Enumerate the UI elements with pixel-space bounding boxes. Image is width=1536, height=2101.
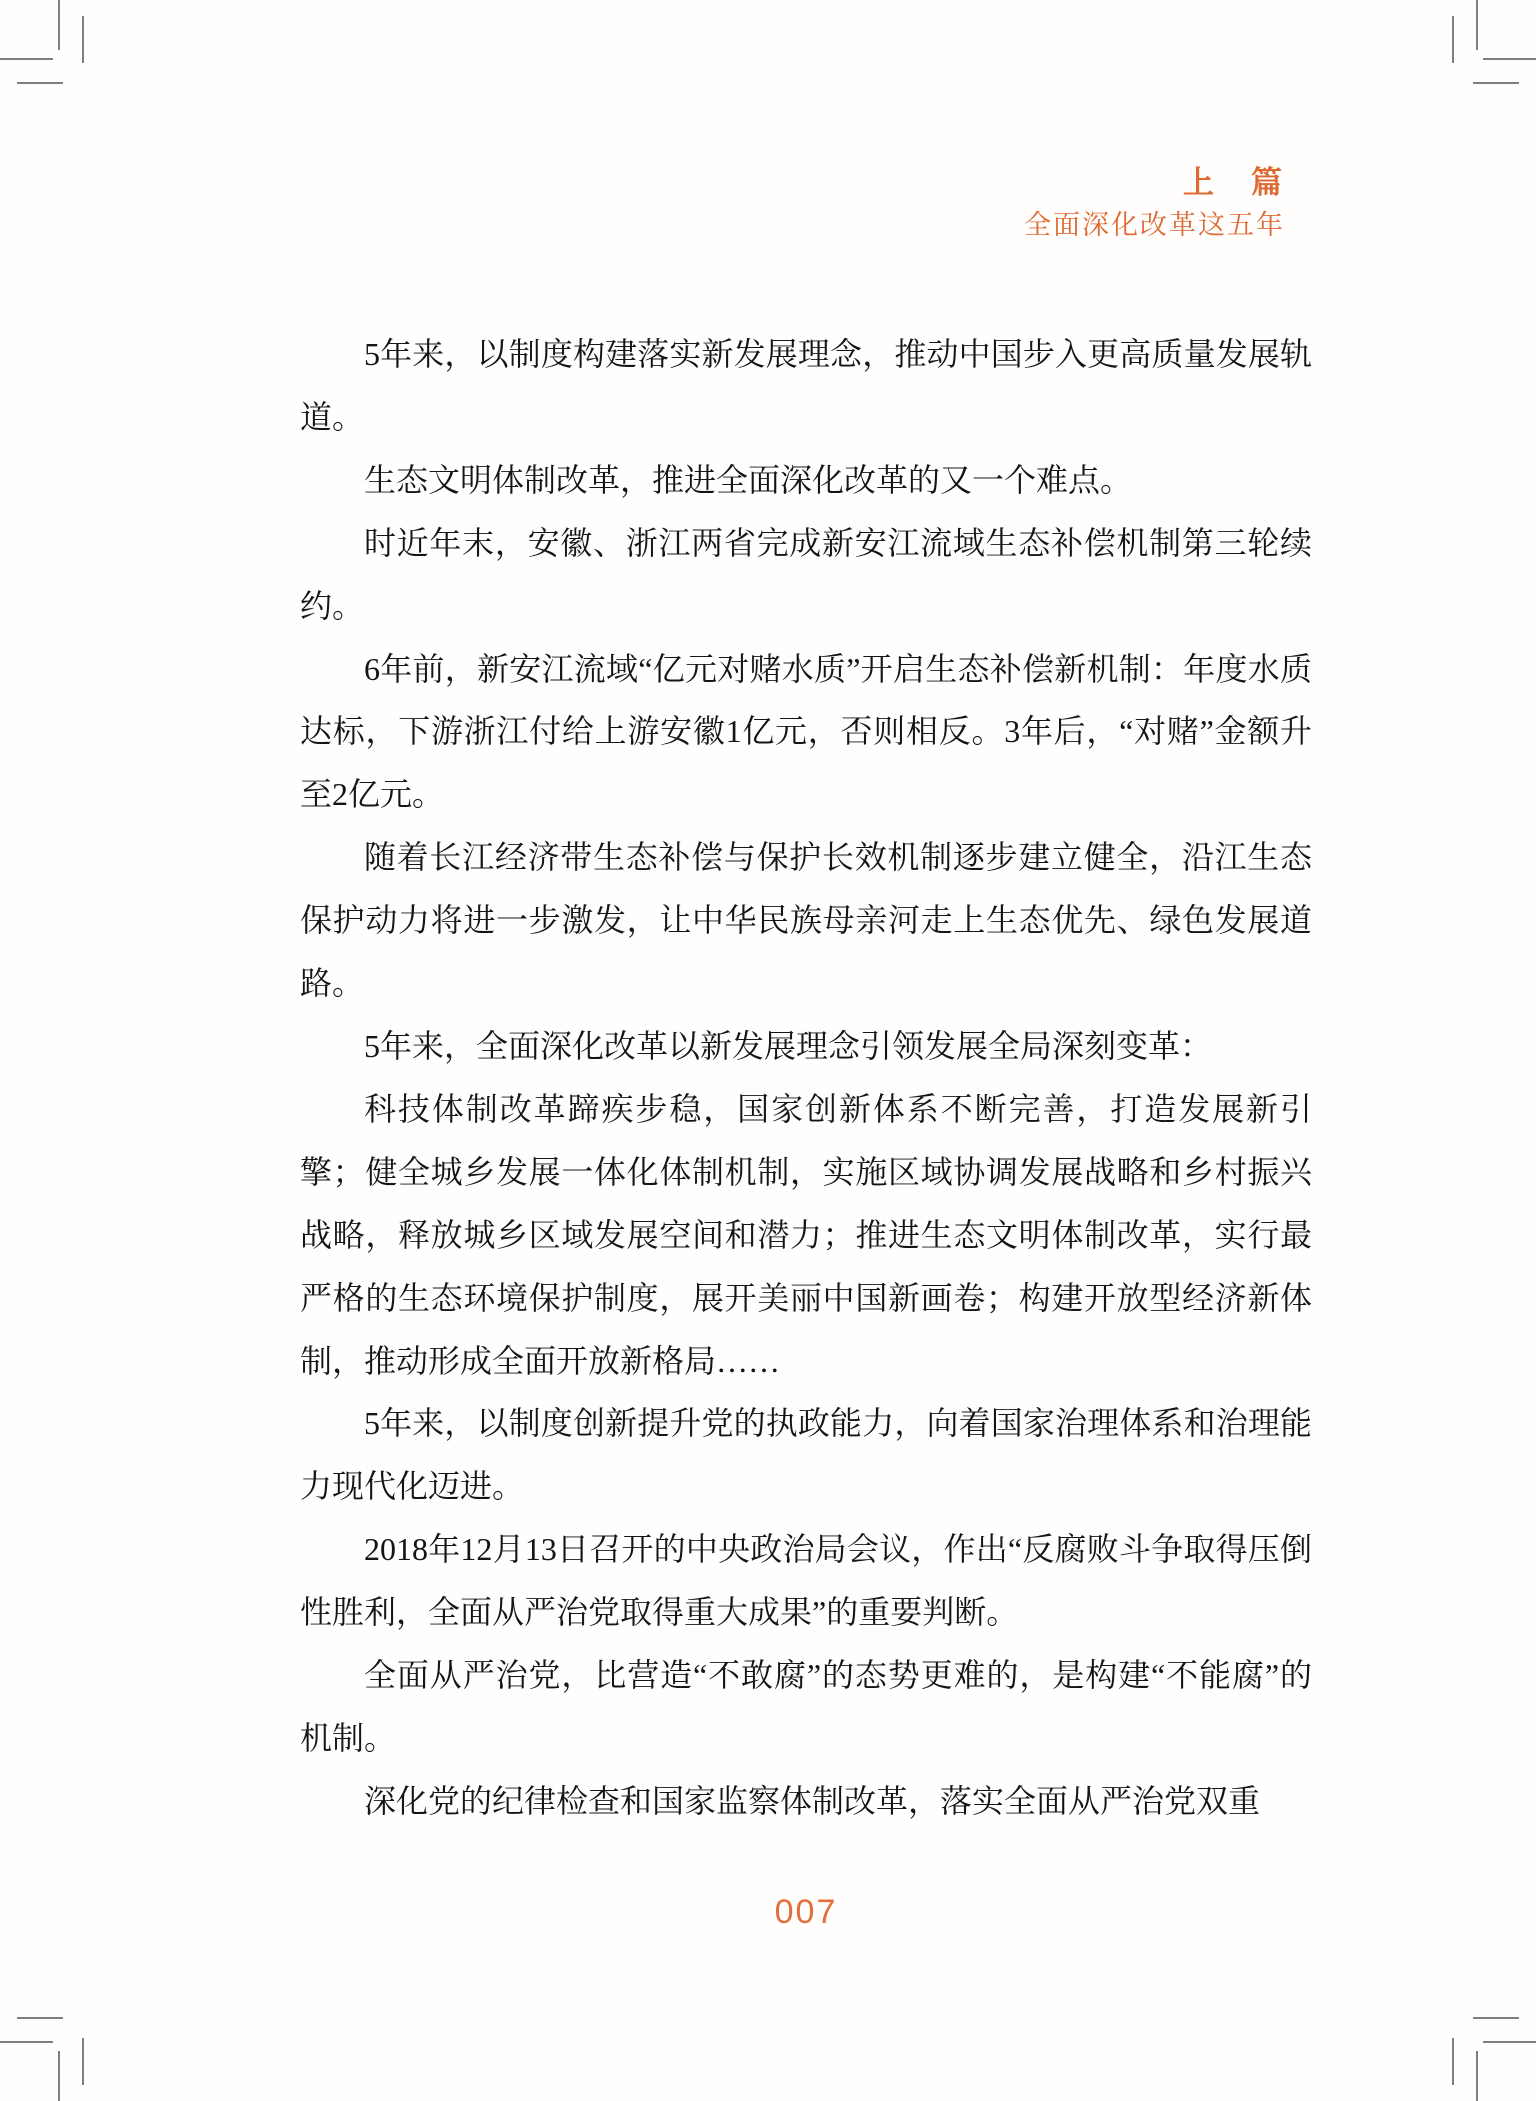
paragraph: 科技体制改革蹄疾步稳，国家创新体系不断完善，打造发展新引擎；健全城乡发展一体化体… bbox=[300, 1078, 1312, 1393]
crop-mark bbox=[82, 2038, 84, 2085]
paragraph: 随着长江经济带生态补偿与保护长效机制逐步建立健全，沿江生态保护动力将进一步激发，… bbox=[300, 826, 1312, 1015]
crop-mark bbox=[1473, 2017, 1519, 2019]
paragraph: 2018年12月13日召开的中央政治局会议，作出“反腐败斗争取得压倒性胜利，全面… bbox=[300, 1518, 1312, 1644]
paragraph: 5年来，以制度构建落实新发展理念，推动中国步入更高质量发展轨道。 bbox=[300, 323, 1312, 449]
crop-mark bbox=[1483, 58, 1536, 60]
book-title: 全面深化改革这五年 bbox=[1024, 210, 1285, 240]
crop-mark bbox=[0, 2041, 53, 2043]
crop-mark bbox=[1476, 2051, 1478, 2101]
body-text: 5年来，以制度构建落实新发展理念，推动中国步入更高质量发展轨道。生态文明体制改革… bbox=[300, 323, 1312, 1833]
crop-mark bbox=[1452, 16, 1454, 63]
page-number: 007 bbox=[300, 1893, 1312, 1932]
crop-mark bbox=[1483, 2041, 1536, 2043]
crop-mark bbox=[58, 2051, 60, 2101]
part-label: 上 篇 bbox=[1024, 166, 1285, 200]
crop-mark bbox=[58, 0, 60, 50]
paragraph: 生态文明体制改革，推进全面深化改革的又一个难点。 bbox=[300, 449, 1312, 512]
paragraph: 时近年末，安徽、浙江两省完成新安江流域生态补偿机制第三轮续约。 bbox=[300, 512, 1312, 638]
crop-mark bbox=[17, 2017, 63, 2019]
paragraph: 全面从严治党，比营造“不敢腐”的态势更难的，是构建“不能腐”的机制。 bbox=[300, 1644, 1312, 1770]
paragraph: 5年来，以制度创新提升党的执政能力，向着国家治理体系和治理能力现代化迈进。 bbox=[300, 1392, 1312, 1518]
paragraph: 6年前，新安江流域“亿元对赌水质”开启生态补偿新机制：年度水质达标，下游浙江付给… bbox=[300, 638, 1312, 827]
crop-mark bbox=[1473, 82, 1519, 84]
crop-mark bbox=[1476, 0, 1478, 50]
crop-mark bbox=[17, 82, 63, 84]
paragraph: 深化党的纪律检查和国家监察体制改革，落实全面从严治党双重 bbox=[300, 1770, 1312, 1833]
crop-mark bbox=[0, 58, 53, 60]
paragraph: 5年来，全面深化改革以新发展理念引领发展全局深刻变革： bbox=[300, 1015, 1312, 1078]
book-page: 上 篇 全面深化改革这五年 5年来，以制度构建落实新发展理念，推动中国步入更高质… bbox=[0, 0, 1536, 2101]
running-header: 上 篇 全面深化改革这五年 bbox=[1024, 166, 1285, 240]
crop-mark bbox=[82, 16, 84, 63]
crop-mark bbox=[1452, 2038, 1454, 2085]
